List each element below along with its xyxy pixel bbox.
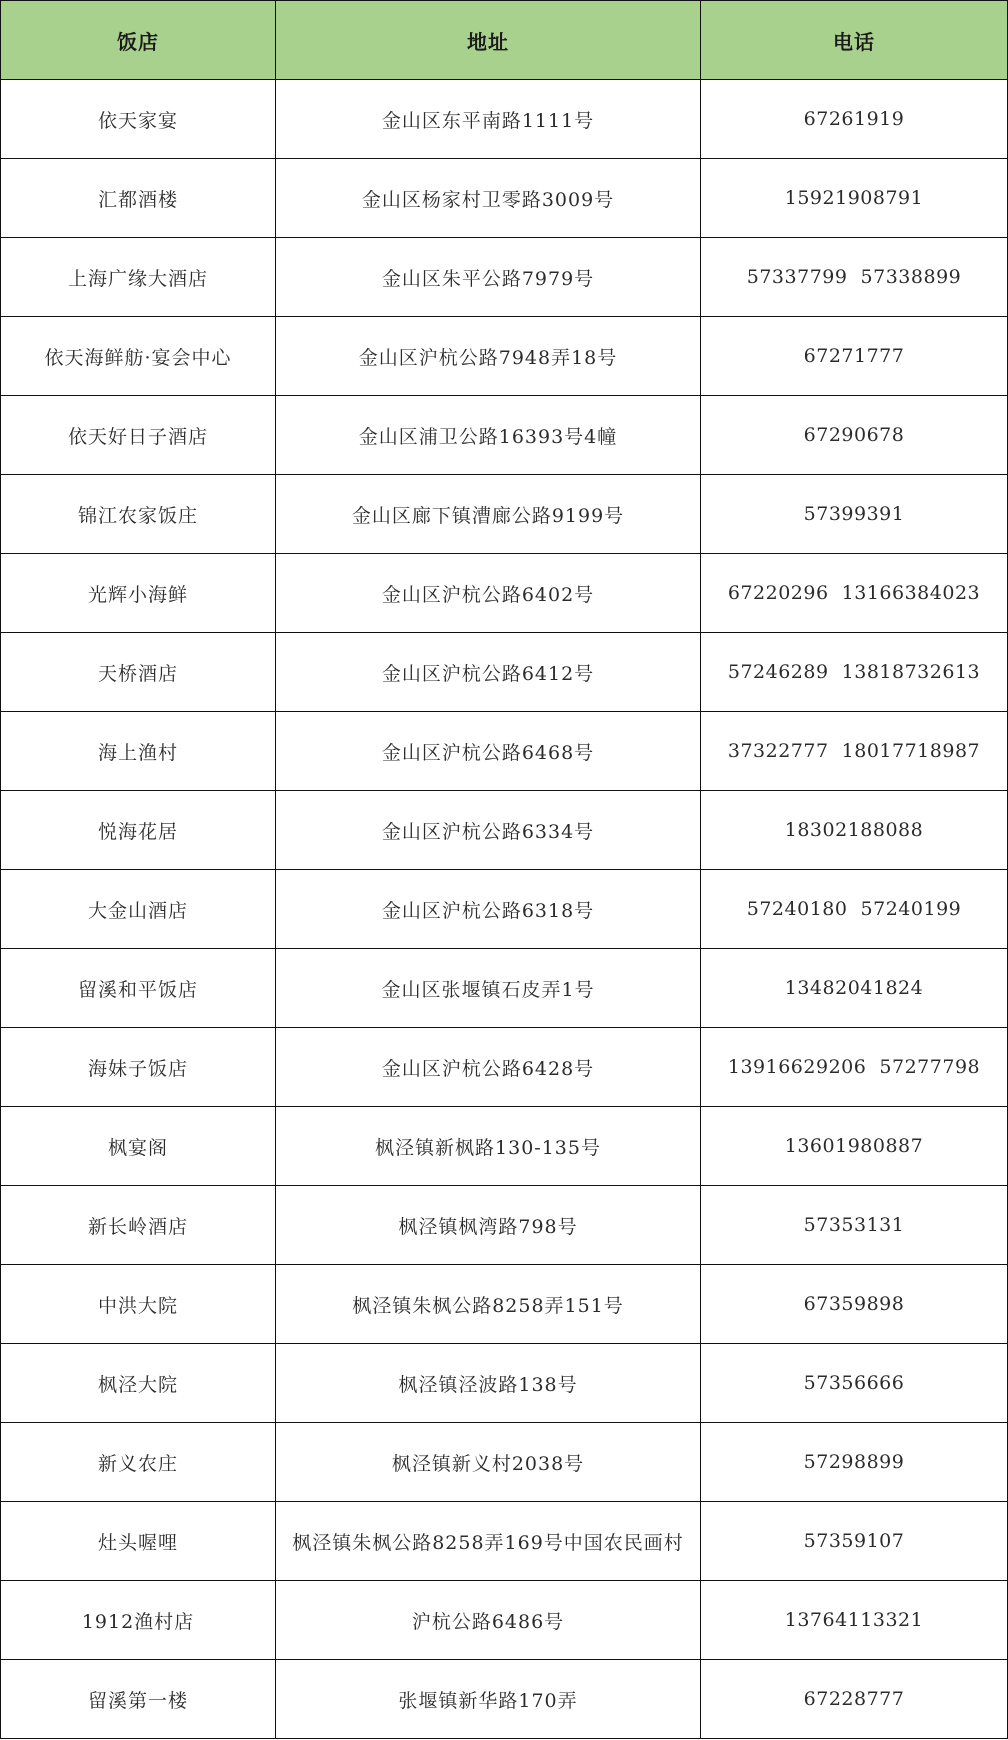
table-row: 依天家宴金山区东平南路1111号67261919: [1, 80, 1008, 159]
restaurant-name-cell: 海上渔村: [1, 712, 276, 791]
address-cell: 张堰镇新华路170弄: [276, 1660, 701, 1739]
column-header-address: 地址: [276, 1, 701, 80]
restaurant-name-cell: 海妹子饭店: [1, 1028, 276, 1107]
address-cell: 沪杭公路6486号: [276, 1581, 701, 1660]
phone-cell: 57337799 57338899: [701, 238, 1008, 317]
table-row: 海上渔村金山区沪杭公路6468号37322777 18017718987: [1, 712, 1008, 791]
table-row: 汇都酒楼金山区杨家村卫零路3009号15921908791: [1, 159, 1008, 238]
phone-cell: 13916629206 57277798: [701, 1028, 1008, 1107]
phone-cell: 67290678: [701, 396, 1008, 475]
address-cell: 枫泾镇泾波路138号: [276, 1344, 701, 1423]
restaurant-table: 饭店 地址 电话 依天家宴金山区东平南路1111号67261919汇都酒楼金山区…: [0, 0, 1008, 1739]
phone-cell: 67228777: [701, 1660, 1008, 1739]
table-row: 大金山酒店金山区沪杭公路6318号57240180 57240199: [1, 870, 1008, 949]
restaurant-name-cell: 上海广缘大酒店: [1, 238, 276, 317]
phone-cell: 67271777: [701, 317, 1008, 396]
column-header-restaurant: 饭店: [1, 1, 276, 80]
table-row: 中洪大院枫泾镇朱枫公路8258弄151号67359898: [1, 1265, 1008, 1344]
restaurant-name-cell: 悦海花居: [1, 791, 276, 870]
phone-cell: 15921908791: [701, 159, 1008, 238]
restaurant-name-cell: 1912渔村店: [1, 1581, 276, 1660]
table-row: 留溪第一楼张堰镇新华路170弄67228777: [1, 1660, 1008, 1739]
phone-cell: 37322777 18017718987: [701, 712, 1008, 791]
restaurant-name-cell: 大金山酒店: [1, 870, 276, 949]
address-cell: 金山区廊下镇漕廊公路9199号: [276, 475, 701, 554]
address-cell: 枫泾镇朱枫公路8258弄151号: [276, 1265, 701, 1344]
restaurant-name-cell: 新义农庄: [1, 1423, 276, 1502]
restaurant-name-cell: 枫泾大院: [1, 1344, 276, 1423]
table-row: 依天海鲜舫·宴会中心金山区沪杭公路7948弄18号67271777: [1, 317, 1008, 396]
table-header-row: 饭店 地址 电话: [1, 1, 1008, 80]
restaurant-name-cell: 锦江农家饭庄: [1, 475, 276, 554]
address-cell: 枫泾镇新枫路130-135号: [276, 1107, 701, 1186]
table-row: 枫泾大院枫泾镇泾波路138号57356666: [1, 1344, 1008, 1423]
restaurant-name-cell: 依天好日子酒店: [1, 396, 276, 475]
table-row: 新长岭酒店枫泾镇枫湾路798号57353131: [1, 1186, 1008, 1265]
phone-cell: 57240180 57240199: [701, 870, 1008, 949]
restaurant-name-cell: 依天家宴: [1, 80, 276, 159]
table-body: 依天家宴金山区东平南路1111号67261919汇都酒楼金山区杨家村卫零路300…: [1, 80, 1008, 1739]
phone-cell: 67261919: [701, 80, 1008, 159]
phone-cell: 57399391: [701, 475, 1008, 554]
address-cell: 金山区沪杭公路6468号: [276, 712, 701, 791]
phone-cell: 18302188088: [701, 791, 1008, 870]
table-row: 枫宴阁枫泾镇新枫路130-135号13601980887: [1, 1107, 1008, 1186]
restaurant-name-cell: 汇都酒楼: [1, 159, 276, 238]
phone-cell: 57356666: [701, 1344, 1008, 1423]
table-row: 留溪和平饭店金山区张堰镇石皮弄1号13482041824: [1, 949, 1008, 1028]
table-row: 光辉小海鲜金山区沪杭公路6402号67220296 13166384023: [1, 554, 1008, 633]
address-cell: 金山区东平南路1111号: [276, 80, 701, 159]
table-row: 依天好日子酒店金山区浦卫公路16393号4幢67290678: [1, 396, 1008, 475]
table-row: 灶头喔哩枫泾镇朱枫公路8258弄169号中国农民画村57359107: [1, 1502, 1008, 1581]
address-cell: 金山区沪杭公路6428号: [276, 1028, 701, 1107]
address-cell: 金山区杨家村卫零路3009号: [276, 159, 701, 238]
table-row: 新义农庄枫泾镇新义村2038号57298899: [1, 1423, 1008, 1502]
restaurant-name-cell: 中洪大院: [1, 1265, 276, 1344]
address-cell: 枫泾镇新义村2038号: [276, 1423, 701, 1502]
restaurant-name-cell: 光辉小海鲜: [1, 554, 276, 633]
address-cell: 枫泾镇朱枫公路8258弄169号中国农民画村: [276, 1502, 701, 1581]
restaurant-name-cell: 枫宴阁: [1, 1107, 276, 1186]
phone-cell: 57359107: [701, 1502, 1008, 1581]
address-cell: 金山区沪杭公路6334号: [276, 791, 701, 870]
restaurant-name-cell: 灶头喔哩: [1, 1502, 276, 1581]
phone-cell: 57353131: [701, 1186, 1008, 1265]
column-header-phone: 电话: [701, 1, 1008, 80]
phone-cell: 57246289 13818732613: [701, 633, 1008, 712]
phone-cell: 67220296 13166384023: [701, 554, 1008, 633]
table-row: 锦江农家饭庄金山区廊下镇漕廊公路9199号57399391: [1, 475, 1008, 554]
table-row: 1912渔村店沪杭公路6486号13764113321: [1, 1581, 1008, 1660]
restaurant-name-cell: 新长岭酒店: [1, 1186, 276, 1265]
address-cell: 金山区沪杭公路6412号: [276, 633, 701, 712]
table-row: 天桥酒店金山区沪杭公路6412号57246289 13818732613: [1, 633, 1008, 712]
table-row: 上海广缘大酒店金山区朱平公路7979号57337799 57338899: [1, 238, 1008, 317]
table-row: 海妹子饭店金山区沪杭公路6428号13916629206 57277798: [1, 1028, 1008, 1107]
phone-cell: 13601980887: [701, 1107, 1008, 1186]
phone-cell: 13482041824: [701, 949, 1008, 1028]
restaurant-name-cell: 天桥酒店: [1, 633, 276, 712]
address-cell: 枫泾镇枫湾路798号: [276, 1186, 701, 1265]
restaurant-name-cell: 留溪和平饭店: [1, 949, 276, 1028]
restaurant-name-cell: 留溪第一楼: [1, 1660, 276, 1739]
table-row: 悦海花居金山区沪杭公路6334号18302188088: [1, 791, 1008, 870]
address-cell: 金山区沪杭公路6318号: [276, 870, 701, 949]
address-cell: 金山区沪杭公路7948弄18号: [276, 317, 701, 396]
phone-cell: 13764113321: [701, 1581, 1008, 1660]
address-cell: 金山区朱平公路7979号: [276, 238, 701, 317]
restaurant-name-cell: 依天海鲜舫·宴会中心: [1, 317, 276, 396]
phone-cell: 67359898: [701, 1265, 1008, 1344]
address-cell: 金山区张堰镇石皮弄1号: [276, 949, 701, 1028]
phone-cell: 57298899: [701, 1423, 1008, 1502]
address-cell: 金山区浦卫公路16393号4幢: [276, 396, 701, 475]
address-cell: 金山区沪杭公路6402号: [276, 554, 701, 633]
